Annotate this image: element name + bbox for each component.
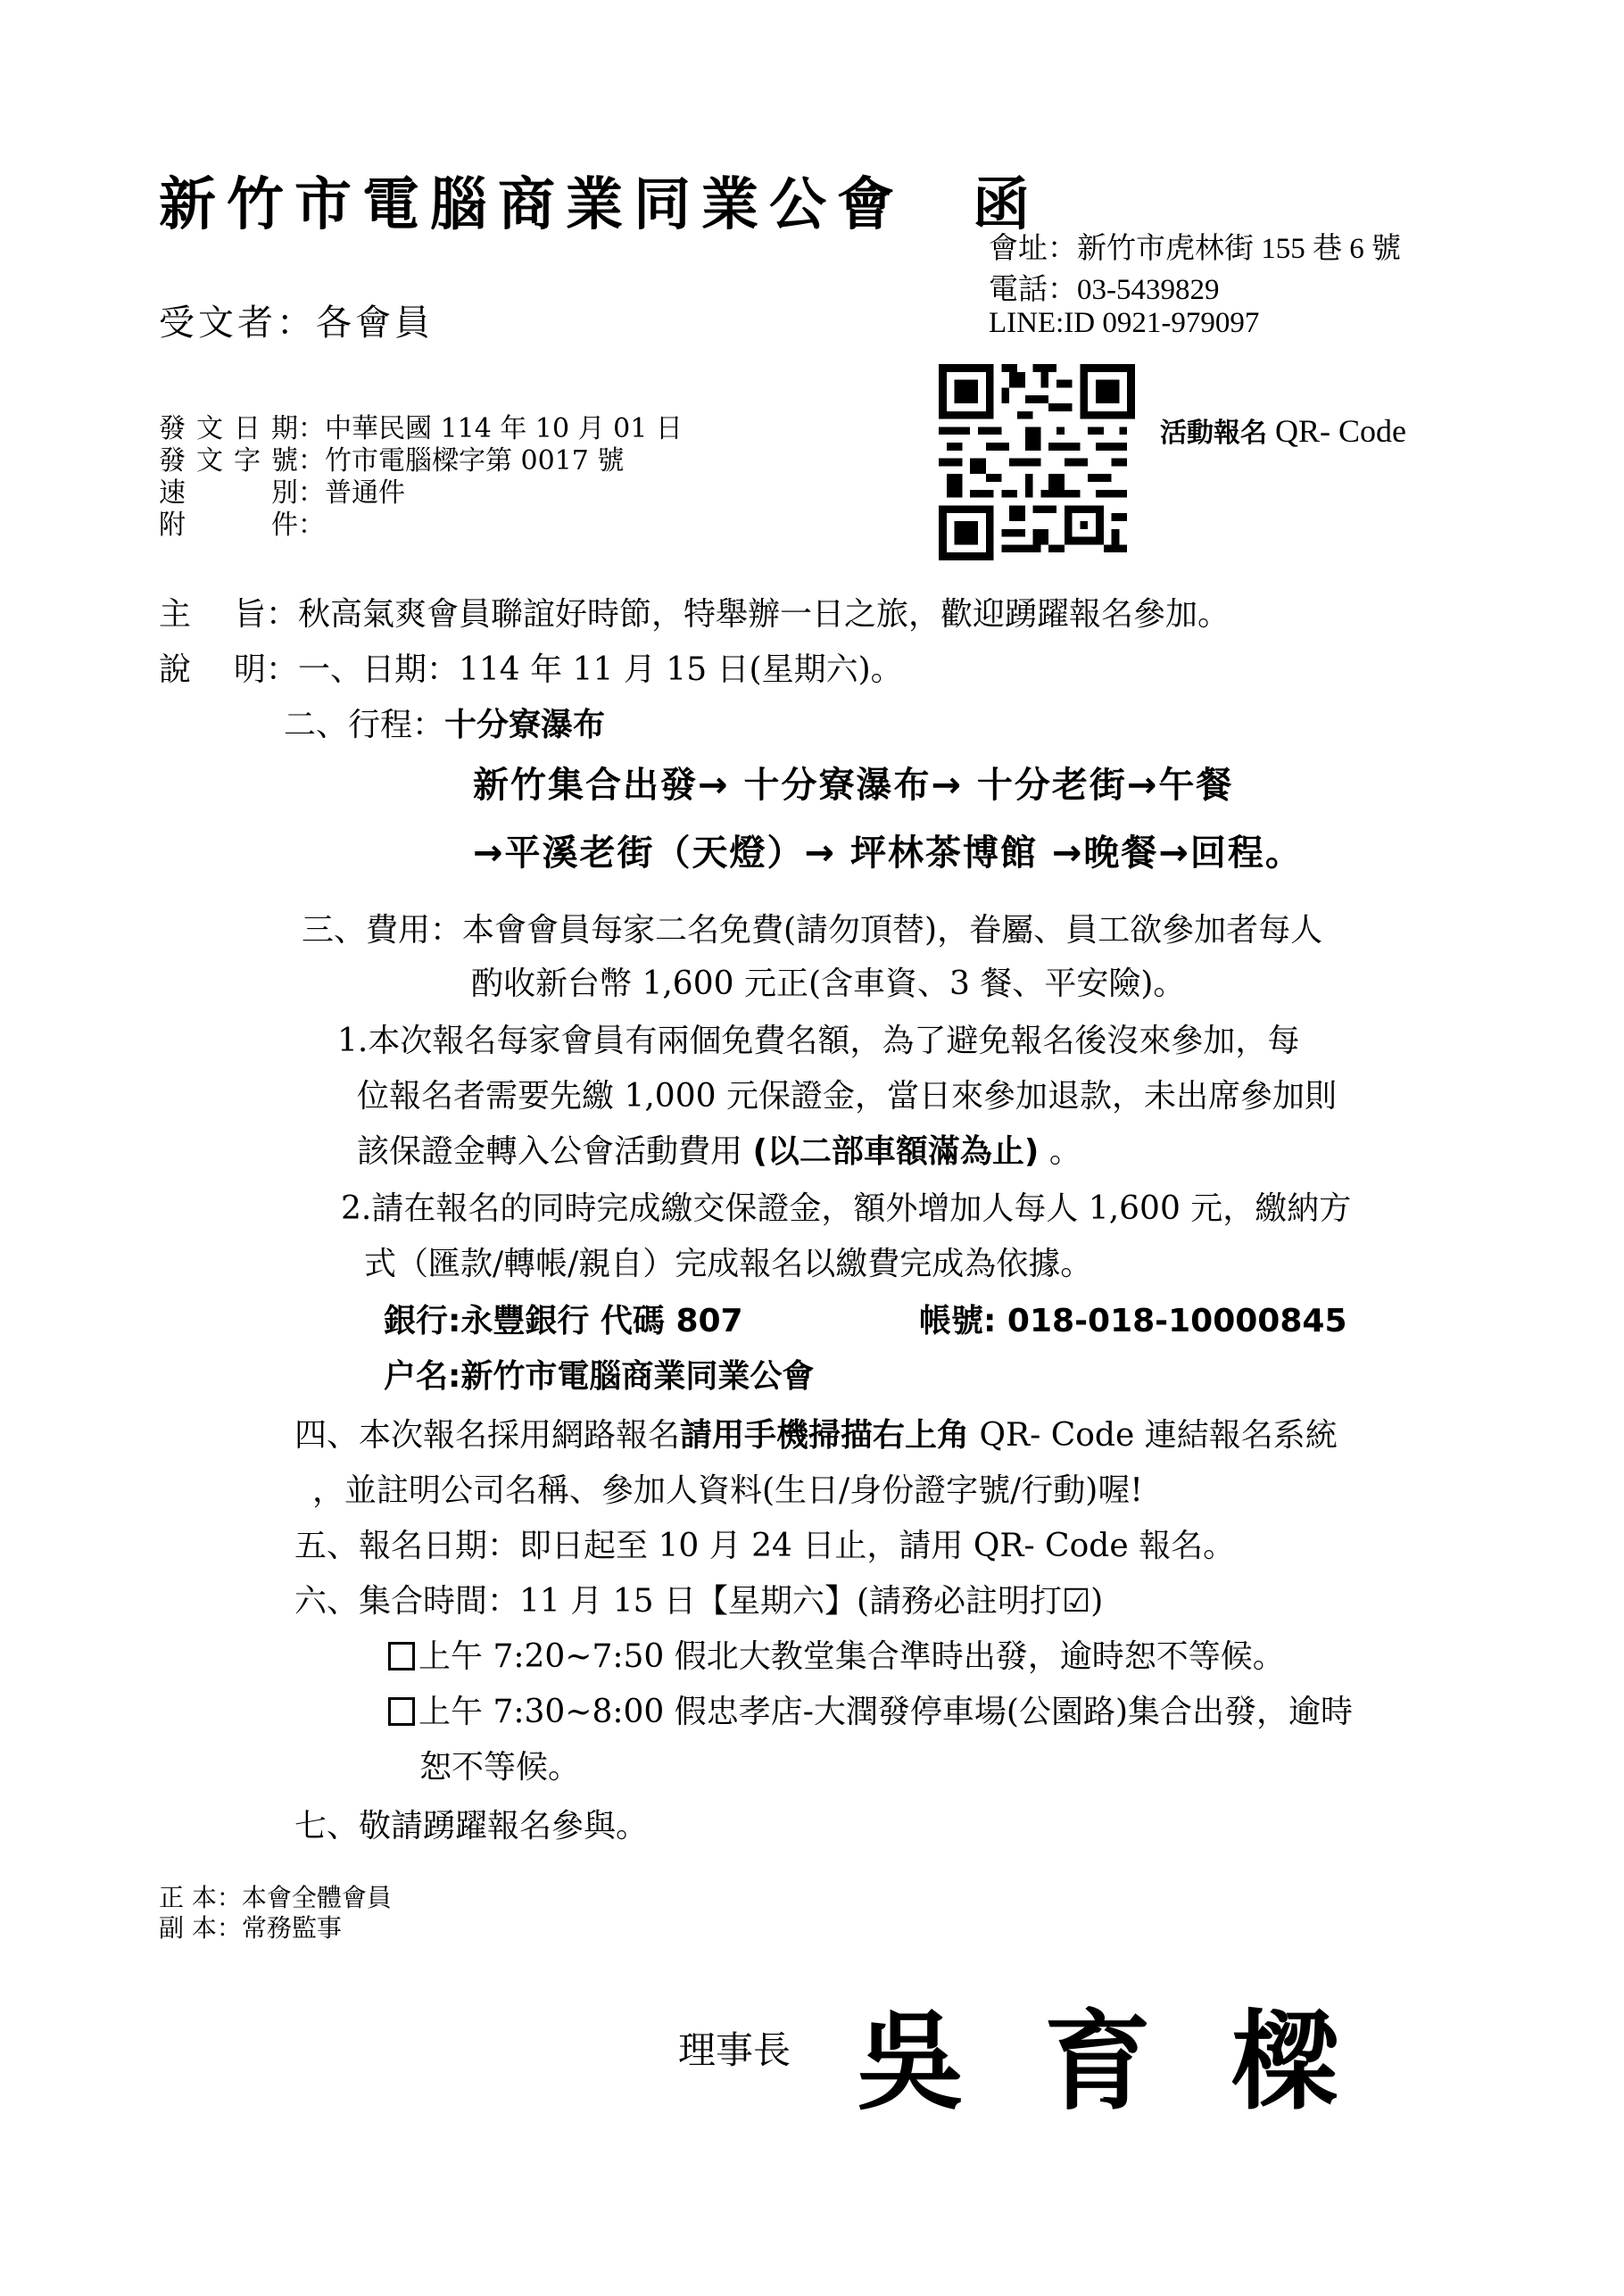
note-1-line-2: 位報名者需要先繳 1,000 元保證金，當日來參加退款，未出席參加則 <box>357 1071 1337 1116</box>
meta-attachment-label: 附件 <box>159 510 298 542</box>
route-line-2: →平溪老街（天燈）→ 坪林茶博館 →晚餐→回程。 <box>473 825 1303 875</box>
bank-info: 銀行:永豐銀行 代碼 807 <box>384 1296 743 1341</box>
meta-speed-value: ：普通件 <box>298 477 405 509</box>
qr-label: 活動報名 QR- Code <box>1160 410 1406 450</box>
account-name: 户名:新竹市電腦商業同業公會 <box>384 1351 814 1397</box>
item-online-registration-line-1: 四、本次報名採用網路報名請用手機掃描右上角 QR- Code 連結報名系統 <box>294 1410 1338 1455</box>
item-4-text: 四、本次報名採用網路報名 <box>294 1417 680 1454</box>
signature-name: 吳育樑 <box>857 1977 1419 2130</box>
org-title: 新竹市電腦商業同業公會 <box>159 159 905 241</box>
note-1-line-3: 該保證金轉入公會活動費用 (以二部車額滿為止) 。 <box>357 1126 1081 1172</box>
explanation-item-1: 說明：一、日期：114 年 11 月 15 日(星期六)。 <box>159 644 903 690</box>
option-1-label: 上午 7:20~7:50 假北大教堂集合準時出發，逾時恕不等候。 <box>418 1638 1285 1675</box>
item-registration-date: 五、報名日期：即日起至 10 月 24 日止，請用 QR- Code 報名。 <box>294 1521 1235 1566</box>
meeting-option-1[interactable]: 上午 7:20~7:50 假北大教堂集合準時出發，逾時恕不等候。 <box>388 1631 1285 1677</box>
subject-label: 主旨 <box>159 589 266 634</box>
copy-original: 正 本：本會全體會員 <box>159 1883 392 1913</box>
item-date: ：一、日期：114 年 11 月 15 日(星期六)。 <box>266 651 903 688</box>
line-id: LINE:ID 0921-979097 <box>989 307 1259 340</box>
item-itinerary-value: 十分寮瀑布 <box>444 707 605 743</box>
item-4-bold: 請用手機掃描右上角 <box>680 1417 969 1454</box>
meta-attachment-value: ： <box>298 510 325 541</box>
subject: 主旨：秋高氣爽會員聯誼好時節，特舉辦一日之旅，歡迎踴躍報名參加。 <box>159 589 1230 634</box>
option-1-checkbox[interactable] <box>388 1642 415 1670</box>
note-1-line-1: 1.本次報名每家會員有兩個免費名額，為了避免報名後沒來參加，每 <box>337 1015 1299 1061</box>
meta-doc-number: 發文字號：竹市電腦樑字第 0017 號 <box>159 445 624 477</box>
meta-doc-number-value: ：竹市電腦樑字第 0017 號 <box>298 445 624 477</box>
subject-text: ：秋高氣爽會員聯誼好時節，特舉辦一日之旅，歡迎踴躍報名參加。 <box>266 596 1230 633</box>
qr-label-cn: 活動報名 <box>1160 418 1267 449</box>
note-1-bold: (以二部車額滿為止) <box>752 1133 1039 1170</box>
phone: 電話：03-5439829 <box>989 266 1220 308</box>
meta-speed: 速別：普通件 <box>159 477 405 510</box>
copy-duplicate: 副 本：常務監事 <box>159 1913 342 1944</box>
meeting-option-2[interactable]: 上午 7:30~8:00 假忠孝店-大潤發停車場(公園路)集合出發，逾時 <box>388 1687 1353 1732</box>
address: 會址：新竹市虎林街 155 巷 6 號 <box>989 225 1401 267</box>
meta-date: 發文日期：中華民國 114 年 10 月 01 日 <box>159 413 683 445</box>
item-4-end: QR- Code 連結報名系統 <box>969 1417 1338 1454</box>
explanation-item-2: 二、行程：十分寮瀑布 <box>284 700 605 745</box>
meta-speed-label: 速別 <box>159 477 298 510</box>
item-itinerary-label: 二、行程： <box>284 707 444 743</box>
account-number: 帳號: 018-018-10000845 <box>919 1296 1347 1341</box>
item-fee-line-2: 酌收新台幣 1,600 元正(含車資、3 餐、平安險)。 <box>471 958 1185 1004</box>
meta-attachment: 附件： <box>159 510 325 542</box>
qr-label-en: QR- Code <box>1267 413 1406 449</box>
note-1-end: 。 <box>1039 1133 1081 1170</box>
item-fee-line-1: 三、費用：本會會員每家二名免費(請勿頂替)，眷屬、員工欲參加者每人 <box>302 905 1322 950</box>
qr-code-icon[interactable] <box>939 364 1135 560</box>
item-online-registration-line-2: ，並註明公司名稱、參加人資料(生日/身份證字號/行動)喔! <box>312 1465 1143 1511</box>
meeting-option-2-line-2: 恕不等候。 <box>419 1742 580 1787</box>
explanation-label: 說明 <box>159 644 266 690</box>
meta-doc-number-label: 發文字號 <box>159 445 298 477</box>
signature-title: 理事長 <box>678 2021 791 2075</box>
note-1-text: 該保證金轉入公會活動費用 <box>357 1133 752 1170</box>
meta-date-label: 發文日期 <box>159 413 298 445</box>
option-2-checkbox[interactable] <box>388 1697 415 1726</box>
item-closing: 七、敬請踴躍報名參與。 <box>294 1801 648 1846</box>
item-meeting-time: 六、集合時間：11 月 15 日【星期六】(請務必註明打☑) <box>294 1576 1103 1621</box>
note-2-line-2: 式（匯款/轉帳/親自）完成報名以繳費完成為依據。 <box>364 1239 1092 1284</box>
recipient: 受文者：各會員 <box>159 294 434 345</box>
note-2-line-1: 2.請在報名的同時完成繳交保證金，額外增加人每人 1,600 元，繳納方 <box>341 1183 1351 1229</box>
route-line-1: 新竹集合出發→ 十分寮瀑布→ 十分老街→午餐 <box>473 757 1233 808</box>
meta-date-value: ：中華民國 114 年 10 月 01 日 <box>298 413 683 444</box>
option-2-label: 上午 7:30~8:00 假忠孝店-大潤發停車場(公園路)集合出發，逾時 <box>418 1694 1353 1730</box>
